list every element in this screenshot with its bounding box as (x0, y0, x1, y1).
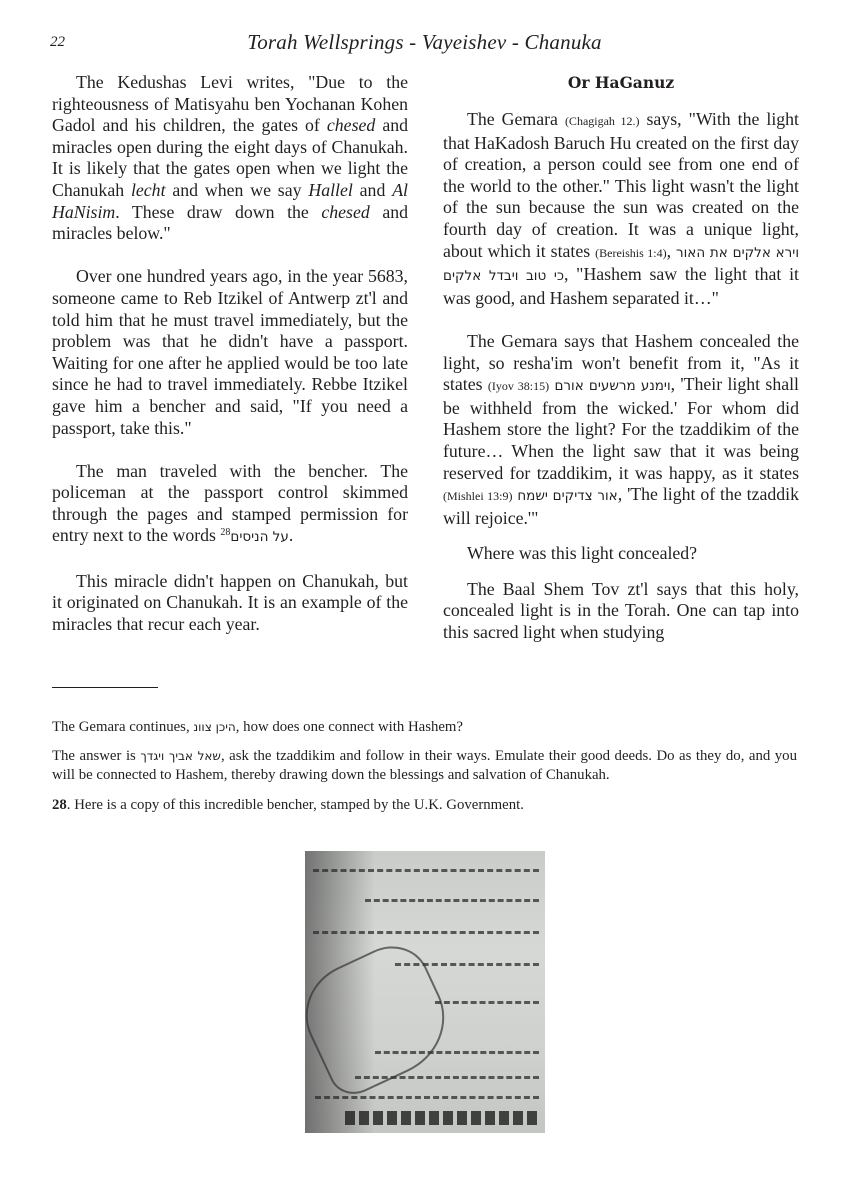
bencher-photo (305, 851, 545, 1133)
text: The answer is (52, 748, 140, 764)
italic-term: lecht (131, 180, 166, 200)
text: . These draw down the (115, 202, 321, 222)
paragraph-question: Where was this light concealed? (443, 543, 799, 565)
text: The Gemara (467, 109, 565, 129)
paragraph-concealed-light: The Gemara says that Hashem concealed th… (443, 331, 799, 529)
paragraph-kedushas-levi: The Kedushas Levi writes, "Due to the ri… (52, 72, 408, 245)
text-line (345, 1111, 537, 1125)
source-reference: (Bereishis 1:4) (595, 246, 666, 260)
italic-term: Hallel (308, 180, 352, 200)
footnote-continued-2: The answer is שאל אביך ויגדך, ask the tz… (52, 747, 797, 785)
italic-term: chesed (321, 202, 369, 222)
paragraph-bencher: The man traveled with the bencher. The p… (52, 461, 408, 549)
paragraph-gemara-light: The Gemara (Chagigah 12.) says, "With th… (443, 109, 799, 309)
text: . (289, 525, 293, 545)
left-column: The Kedushas Levi writes, "Due to the ri… (52, 72, 408, 657)
hebrew-text: שאל אביך ויגדך (140, 749, 221, 763)
paragraph-baal-shem-tov: The Baal Shem Tov zt'l says that this ho… (443, 579, 799, 644)
text-line (315, 1096, 539, 1099)
text-line (313, 931, 539, 934)
footnote-ref-28[interactable]: 28 (220, 527, 230, 538)
running-title: Torah Wellsprings - Vayeishev - Chanuka (0, 30, 849, 55)
text-line (435, 1001, 539, 1004)
italic-term: chesed (327, 115, 375, 135)
text: The Gemara continues, (52, 719, 193, 735)
paragraph-reb-itzikel: Over one hundred years ago, in the year … (52, 266, 408, 439)
hebrew-text: היכן צוונ (193, 720, 235, 734)
footnotes: The Gemara continues, היכן צוונ, how doe… (52, 718, 797, 825)
text: , (667, 241, 676, 261)
footnote-28: 28. Here is a copy of this incredible be… (52, 796, 797, 815)
hebrew-text: אור צדיקים ישמח (517, 488, 617, 504)
paragraph-miracle: This miracle didn't happen on Chanukah, … (52, 571, 408, 636)
source-reference: (Mishlei 13:9) (443, 489, 512, 503)
section-title: Or HaGanuz (443, 72, 799, 93)
text: says, "With the light that HaKadosh Baru… (443, 109, 799, 261)
text-line (313, 869, 539, 872)
footnote-number: 28 (52, 797, 67, 813)
hebrew-text: על הניסים (230, 529, 288, 545)
hebrew-text: וימנע מרשעים אורם (554, 378, 670, 394)
text: and (353, 180, 392, 200)
text: and when we say (166, 180, 309, 200)
page-header: 22 Torah Wellsprings - Vayeishev - Chanu… (0, 30, 849, 56)
right-column: Or HaGanuz The Gemara (Chagigah 12.) say… (443, 72, 799, 665)
text: , how does one connect with Hashem? (236, 719, 463, 735)
source-reference: (Chagigah 12.) (565, 114, 640, 128)
text-line (365, 899, 539, 902)
source-reference: (Iyov 38:15) (488, 379, 549, 393)
footnote-text: . Here is a copy of this incredible benc… (67, 797, 524, 813)
footnote-divider (52, 687, 158, 688)
footnote-continued-1: The Gemara continues, היכן צוונ, how doe… (52, 718, 797, 737)
